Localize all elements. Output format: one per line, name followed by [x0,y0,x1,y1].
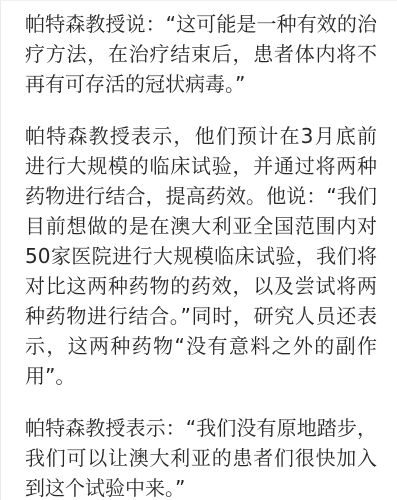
article-paragraph-1: 帕特森教授说：“这可能是一种有效的治疗方法，在治疗结束后，患者体内将不再有可存活… [25,9,377,99]
article-paragraph-3: 帕特森教授表示：“我们没有原地踏步，我们可以让澳大利亚的患者们很快加入到这个试验… [25,413,377,500]
article-page: 帕特森教授说：“这可能是一种有效的治疗方法，在治疗结束后，患者体内将不再有可存活… [0,0,397,500]
article-paragraph-2: 帕特森教授表示，他们预计在3月底前进行大规模的临床试验，并通过将两种药物进行结合… [25,121,377,391]
article-body: 帕特森教授说：“这可能是一种有效的治疗方法，在治疗结束后，患者体内将不再有可存活… [1,1,397,500]
